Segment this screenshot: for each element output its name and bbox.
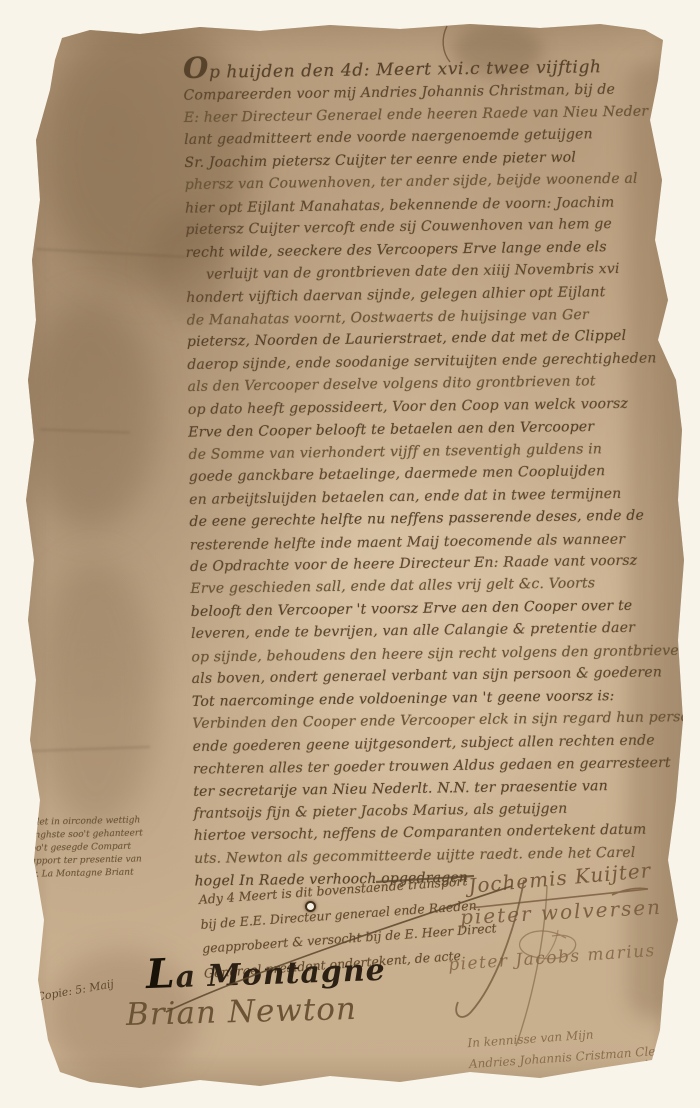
scan-background: Op huijden den 4d: Meert xvi.c twee vijf… (0, 0, 700, 1108)
manuscript-page: Op huijden den 4d: Meert xvi.c twee vijf… (0, 0, 700, 1108)
deed-body-text: Op huijden den 4d: Meert xvi.c twee vijf… (183, 50, 695, 893)
paper-hole (305, 901, 316, 912)
margin-note: gelet in oirconde wettigh hinghste soo't… (25, 813, 201, 882)
signature-la-montagne: La Montagne (145, 942, 386, 998)
paper-crease (36, 248, 186, 258)
paper-crease (40, 428, 130, 433)
copy-date-note: Copie: 5: Maij (35, 977, 114, 1003)
paper-stain (26, 300, 156, 530)
paper-crease (30, 746, 150, 752)
paper-stain (36, 560, 156, 830)
clerk-attestation: In kennisse van Mijn Andries Johannis Cr… (467, 1019, 676, 1075)
margin-note-line: Sr. La Montagne Briant (26, 865, 201, 882)
signature-brian-newton: Brian Newton (126, 991, 358, 1033)
